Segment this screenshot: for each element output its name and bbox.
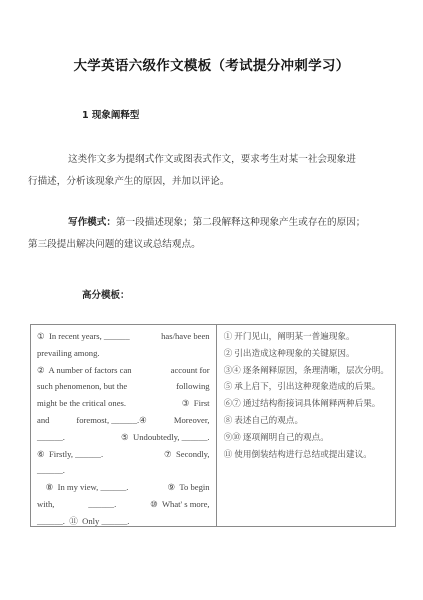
english-template-line: with,______.⑩ What' s more, [37,496,210,513]
intro-line-1: 这类作文多为提纲式作文或图表式作文，要求考生对某一社会现象进 [28,149,368,171]
template-text: ⑥ Firstly, ______. [37,446,103,463]
english-template-line: ② A number of factors canaccount for [37,362,210,379]
english-template-line: ______. [37,462,210,479]
english-template-column: ① In recent years, ______has/have beenpr… [31,325,217,526]
template-text: has/have been [161,328,209,345]
template-text: ______. ⑪ Only ______. [37,516,129,526]
english-template-line: andforemost, ______.④Moreover, [37,412,210,429]
chinese-explanation-line: ⑤ 承上启下，引出这种现象造成的后果。 [224,378,389,395]
template-heading: 高分模板： [82,287,130,301]
english-template-line: ______. ⑪ Only ______. [37,513,210,530]
template-text: ______. [88,496,116,513]
intro-line-2: 行描述，分析该现象产生的原因，并加以评论。 [28,171,368,193]
writing-mode-line-1: 第一段描述现象；第二段解释这种现象产生或存在的原因； [116,217,365,228]
english-template-line: such phenomenon, but thefollowing [37,378,210,395]
template-text: ① In recent years, ______ [37,328,130,345]
english-template-line: ⑥ Firstly, ______.⑦ Secondly, [37,446,210,463]
template-table: ① In recent years, ______has/have beenpr… [30,324,396,527]
template-text: ______. [37,429,65,446]
english-template-line: ① In recent years, ______has/have been [37,328,210,345]
template-text: ⑤ Undoubtedly, ______. [121,429,210,446]
chinese-explanation-line: ① 开门见山，阐明某一普遍现象。 [224,328,389,345]
template-text: ⑩ What' s more, [150,496,209,513]
writing-mode-label: 写作模式： [68,217,116,228]
template-text: and [37,412,49,429]
chinese-explanation-line: ⑨⑩ 逐项阐明自己的观点。 [224,429,389,446]
template-text: might be the critical ones. [37,395,126,412]
english-template-line: prevailing among. [37,345,210,362]
intro-paragraph: 这类作文多为提纲式作文或图表式作文，要求考生对某一社会现象进 行描述，分析该现象… [28,149,368,193]
template-text: with, [37,496,54,513]
template-text: ______. [37,465,65,475]
template-text: prevailing among. [37,348,100,358]
chinese-explanation-line: ⑪ 使用倒装结构进行总结或提出建议。 [224,446,389,463]
template-text: ③ First [182,395,210,412]
template-text: such phenomenon, but the [37,378,127,395]
chinese-explanation-line: ⑧ 表述自己的观点。 [224,412,389,429]
template-text: Moreover, [174,412,210,429]
template-text: ⑦ Secondly, [164,446,210,463]
writing-mode-line-2: 第三段提出解决问题的建议或总结观点。 [28,234,368,256]
english-template-line: might be the critical ones.③ First [37,395,210,412]
writing-mode-paragraph: 写作模式：第一段描述现象；第二段解释这种现象产生或存在的原因； 第三段提出解决问… [28,212,368,256]
chinese-explanation-line: ⑥⑦ 通过结构衔接词具体阐释两种后果。 [224,395,389,412]
chinese-explanation-line: ② 引出造成这种现象的关键原因。 [224,345,389,362]
template-text: ② A number of factors can [37,362,132,379]
template-text: ⑧ In my view, ______. [37,479,128,496]
template-text: foremost, ______.④ [76,412,146,429]
chinese-explanation-line: ③④ 逐条阐释原因，条理清晰，层次分明。 [224,362,389,379]
template-text: account for [171,362,210,379]
template-text: following [176,378,209,395]
section-heading: 1 现象阐释型 [82,107,139,121]
english-template-line: ⑧ In my view, ______.⑨ To begin [37,479,210,496]
template-text: ⑨ To begin [168,479,210,496]
english-template-line: ______.⑤ Undoubtedly, ______. [37,429,210,446]
chinese-explanation-column: ① 开门见山，阐明某一普遍现象。② 引出造成这种现象的关键原因。③④ 逐条阐释原… [217,325,395,526]
document-title: 大学英语六级作文模板（考试提分冲刺学习） [0,54,423,74]
